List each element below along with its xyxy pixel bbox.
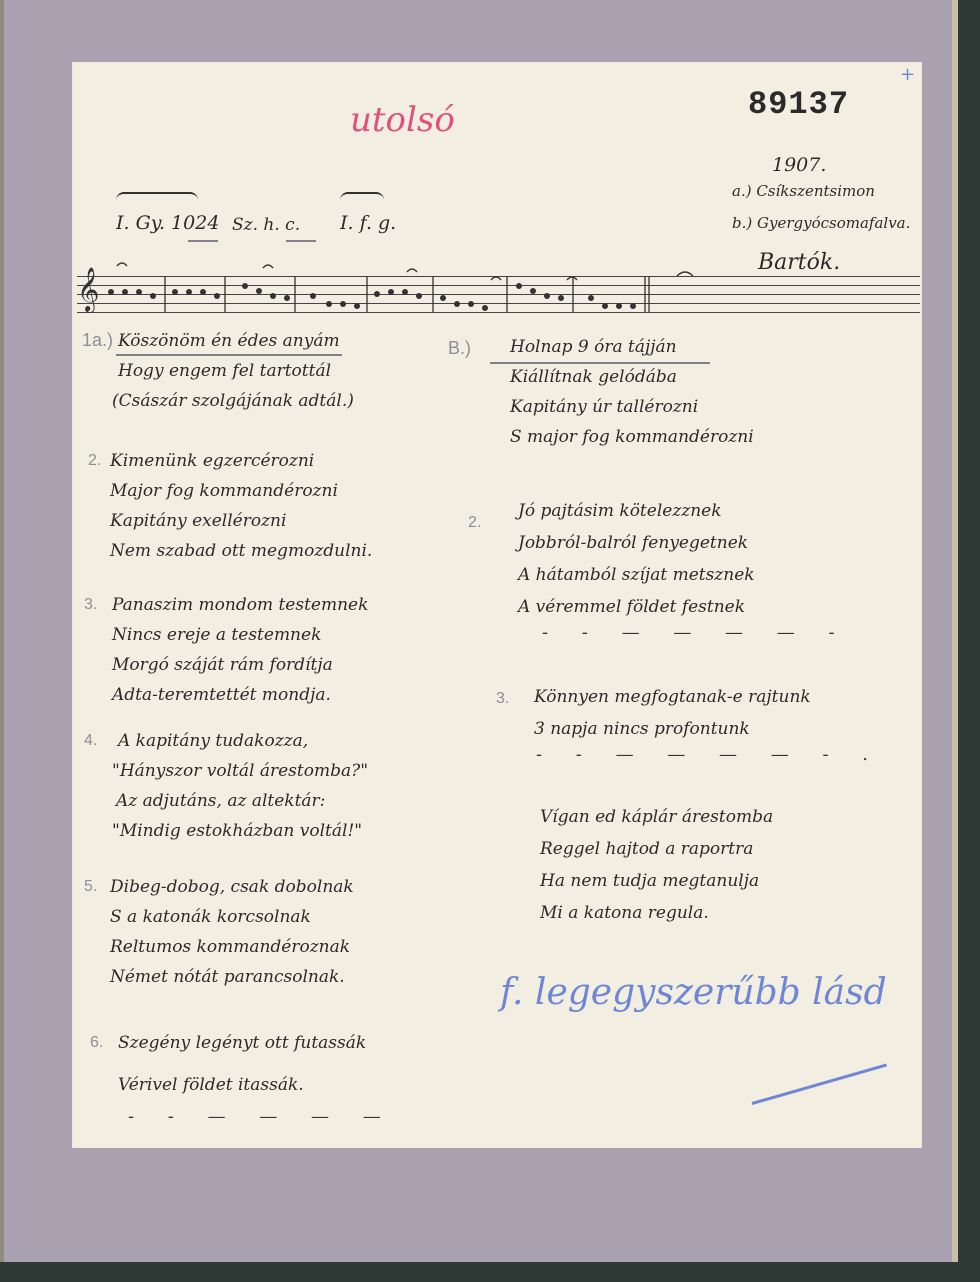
lyric-line: Hogy engem fel tartottál	[118, 356, 331, 386]
stanza-number: B.)	[448, 338, 471, 359]
catalog-number-stamp: 89137	[748, 86, 849, 123]
blue-pencil-note: f. legegyszerűbb lásd	[500, 972, 887, 1013]
manuscript-page: utolsó 89137 + I. Gy. 1024 Sz. h. c. I. …	[72, 62, 922, 1148]
lyric-line: Reggel hajtod a raportra	[540, 834, 753, 864]
blue-pencil-stroke	[752, 1063, 887, 1104]
lyric-line: "Hányszor voltál árestomba?"	[112, 756, 368, 786]
lyric-line: A hátamból szíjat metsznek	[518, 560, 755, 590]
melody-notes: 𝄞	[77, 258, 920, 302]
lyric-line: (Császár szolgájának adtál.)	[112, 386, 354, 416]
stanza-number: 6.	[90, 1034, 103, 1052]
date: 1907.	[772, 154, 826, 176]
lyric-line: Ha nem tudja megtanulja	[540, 866, 759, 896]
lyric-line: Vígan ed káplár árestomba	[540, 802, 773, 832]
stanza-number: 3.	[496, 690, 509, 708]
pencil-underline	[286, 240, 316, 242]
svg-text:𝄞: 𝄞	[77, 267, 99, 313]
lyric-line: Kimenünk egzercérozni	[110, 446, 314, 476]
lyric-line: Könnyen megfogtanak-e rajtunk	[534, 682, 811, 712]
continuation-dashes: - - — — — — - .	[536, 744, 882, 765]
stanza-number: 5.	[84, 878, 97, 896]
header-code-3: I. f. g.	[340, 208, 396, 238]
continuation-dashes: - - — — — — -	[542, 622, 849, 643]
header-code-1: I. Gy. 1024	[116, 208, 219, 238]
stanza-number: 1a.)	[82, 330, 113, 351]
stanza-number: 3.	[84, 596, 97, 614]
lyric-line: "Mindig estokházban voltál!"	[112, 816, 362, 846]
lyric-line: Morgó száját rám fordítja	[112, 650, 333, 680]
lyric-line: Német nótát parancsolnak.	[110, 962, 345, 992]
lyric-line: Az adjutáns, az altektár:	[116, 786, 325, 816]
lyric-line: Nincs ereje a testemnek	[112, 620, 321, 650]
lyric-line: Panaszim mondom testemnek	[112, 590, 368, 620]
stanza-number: 2.	[468, 514, 481, 532]
lyric-line: Holnap 9 óra tájján	[510, 332, 677, 362]
lyric-line: Kapitány exellérozni	[110, 506, 286, 536]
lyric-line: Mi a katona regula.	[540, 898, 709, 928]
lyric-line: Jobbról-balról fenyegetnek	[518, 528, 748, 558]
music-staff: 𝄞	[77, 276, 920, 320]
lyric-line: Köszönöm én édes anyám	[118, 326, 340, 356]
bracket-line	[116, 192, 198, 200]
lyric-line: Nem szabad ott megmozdulni.	[110, 536, 372, 566]
lyric-line: Major fog kommandérozni	[110, 476, 338, 506]
lyric-line: Szegény legényt ott futassák	[118, 1028, 366, 1058]
lyric-line: Kapitány úr tallérozni	[510, 392, 698, 422]
lyric-line: S major fog kommandérozni	[510, 422, 754, 452]
lyric-line: Adta-teremtettét mondja.	[112, 680, 331, 710]
lyric-line: A kapitány tudakozza,	[118, 726, 308, 756]
stanza-number: 4.	[84, 732, 97, 750]
place-a: a.) Csíkszentsimon	[732, 182, 875, 200]
corner-mark: +	[900, 64, 915, 85]
lyric-line: Kiállítnak gelódába	[510, 362, 677, 392]
lyric-line: Vérivel földet itassák.	[118, 1070, 304, 1100]
stanza-number: 2.	[88, 452, 101, 470]
lyric-line: Reltumos kommandéroznak	[110, 932, 350, 962]
lyric-line: S a katonák korcsolnak	[110, 902, 311, 932]
bracket-line	[340, 192, 384, 200]
pencil-underline	[188, 240, 218, 242]
lyric-line: A véremmel földet festnek	[518, 592, 745, 622]
lyric-line: Dibeg-dobog, csak dobolnak	[110, 872, 354, 902]
continuation-dashes: - - — — — —	[128, 1106, 395, 1127]
lyric-line: 3 napja nincs profontunk	[534, 714, 750, 744]
pink-heading: utolsó	[350, 100, 455, 140]
lyric-line: Jó pajtásim kötelezznek	[518, 496, 722, 526]
place-b: b.) Gyergyócsomafalva.	[732, 214, 910, 232]
header-code-2: Sz. h. c.	[232, 210, 300, 240]
